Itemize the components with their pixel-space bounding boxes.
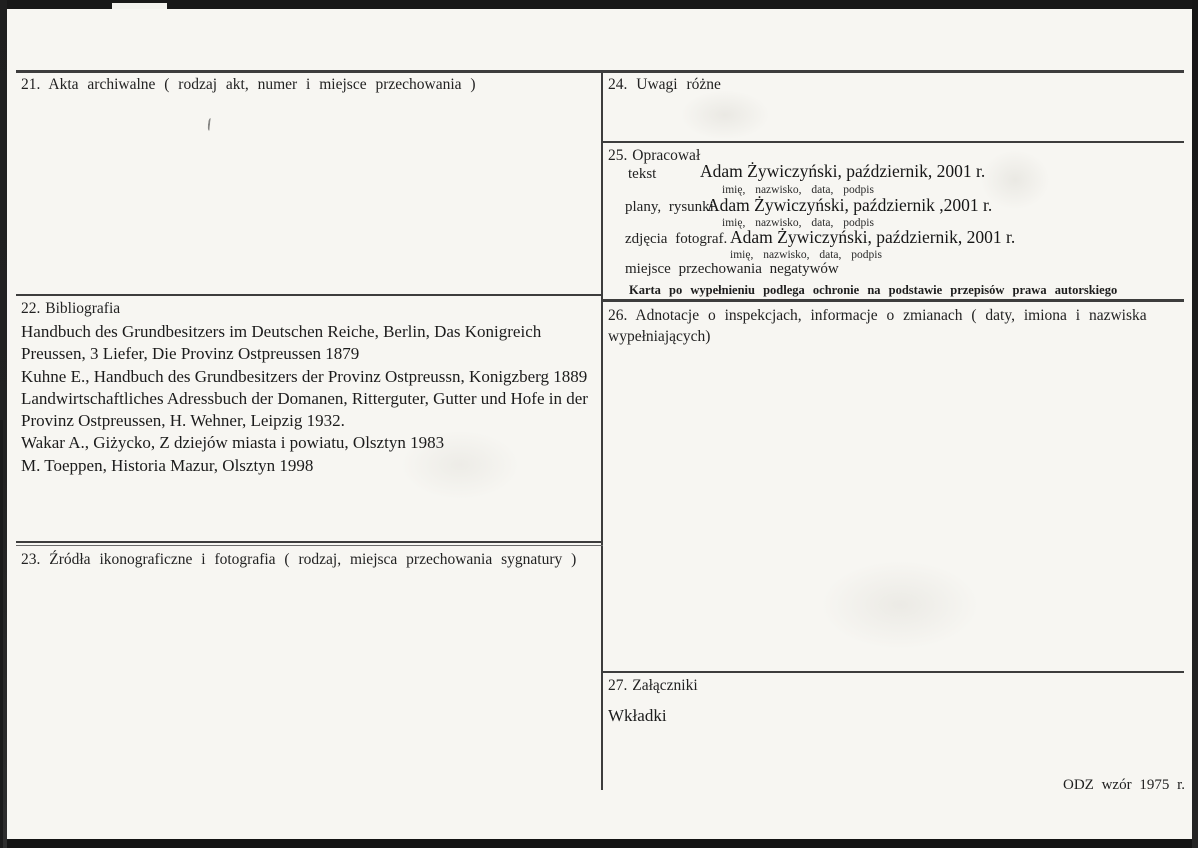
section-22-title: 22. Bibliografia bbox=[21, 300, 120, 318]
opracowal-tekst-label: tekst bbox=[628, 166, 656, 183]
scan-edge-top bbox=[0, 0, 1198, 9]
section-26-title: 26. Adnotacje o inspekcjach, informacje … bbox=[608, 305, 1174, 347]
rule-24-25 bbox=[601, 141, 1184, 143]
bibliography-line: M. Toeppen, Historia Mazur, Olsztyn 1998 bbox=[21, 455, 603, 477]
stain bbox=[680, 90, 770, 140]
section-25-title: 25. Opracował bbox=[608, 147, 700, 165]
section-23-title: 23. Źródła ikonograficzne i fotografia (… bbox=[21, 551, 576, 569]
bibliography-line: Kuhne E., Handbuch des Grundbesitzers de… bbox=[21, 366, 603, 388]
opracowal-tekst-value: Adam Żywiczyński, październik, 2001 r. bbox=[700, 161, 985, 182]
opracowal-plany-value: Adam Żywiczyński, październik ,2001 r. bbox=[707, 195, 992, 216]
rule-21-22 bbox=[16, 294, 603, 296]
attachments-value: Wkładki bbox=[608, 706, 667, 726]
scan-edge-left-inner bbox=[0, 420, 3, 848]
copyright-note: Karta po wypełnieniu podlega ochronie na… bbox=[629, 283, 1117, 298]
opracowal-zdjecia-label: zdjęcia fotograf. bbox=[625, 231, 727, 248]
scan-edge-notch bbox=[112, 3, 167, 9]
rule-top bbox=[16, 70, 1184, 73]
pen-mark-artifact bbox=[207, 118, 213, 131]
bibliography-line: Provinz Ostpreussen, H. Wehner, Leipzig … bbox=[21, 410, 603, 432]
bibliography-line: Wakar A., Giżycko, Z dziejów miasta i po… bbox=[21, 432, 603, 454]
bibliography-line: Handbuch des Grundbesitzers im Deutschen… bbox=[21, 321, 603, 343]
bibliography-line: Landwirtschaftliches Adressbuch der Doma… bbox=[21, 388, 603, 410]
stain bbox=[820, 560, 980, 650]
opracowal-zdjecia-value: Adam Żywiczyński, październik, 2001 r. bbox=[730, 227, 1015, 248]
section-24-title: 24. Uwagi różne bbox=[608, 76, 721, 94]
opracowal-zdjecia-sublabel: imię, nazwisko, data, podpis bbox=[730, 249, 882, 261]
opracowal-plany-label: plany, rysunki bbox=[625, 199, 714, 216]
negatives-location-label: miejsce przechowania negatywów bbox=[625, 261, 839, 278]
rule-26-27 bbox=[601, 671, 1184, 673]
section-21-title: 21. Akta archiwalne ( rodzaj akt, numer … bbox=[21, 76, 476, 94]
scanned-record-card: 21. Akta archiwalne ( rodzaj akt, numer … bbox=[0, 0, 1198, 848]
rule-22-23-shadow bbox=[16, 545, 603, 546]
bibliography-text: Handbuch des Grundbesitzers im Deutschen… bbox=[21, 321, 603, 477]
rule-25-26 bbox=[601, 299, 1184, 302]
scan-edge-bottom bbox=[0, 839, 1198, 848]
bibliography-line: Preussen, 3 Liefer, Die Provinz Ostpreus… bbox=[21, 343, 603, 365]
scan-edge-right bbox=[1192, 0, 1198, 848]
section-27-title: 27. Załączniki bbox=[608, 677, 698, 695]
rule-22-23 bbox=[16, 541, 603, 543]
form-template-note: ODZ wzór 1975 r. bbox=[1063, 777, 1185, 794]
